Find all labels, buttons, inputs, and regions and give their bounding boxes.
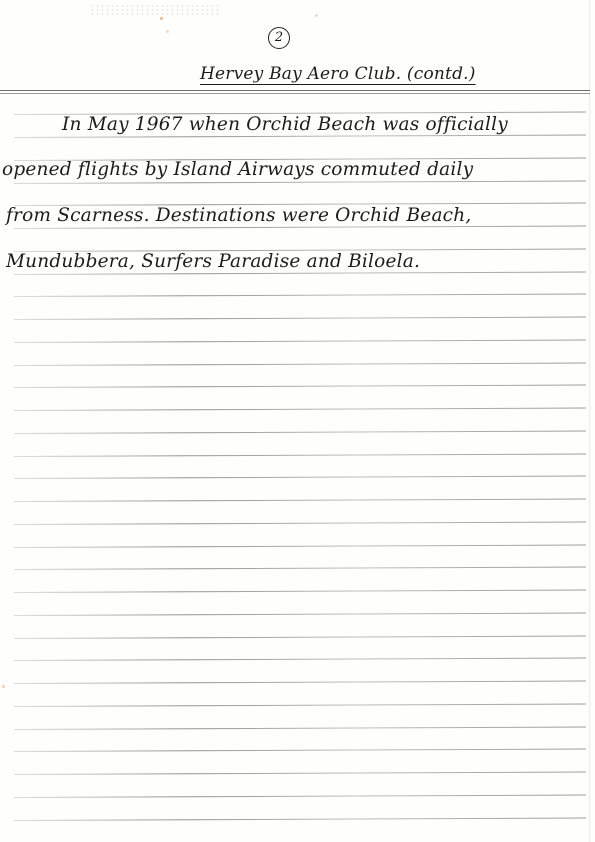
page-number: 2 — [268, 27, 290, 49]
ruled-line — [14, 522, 586, 525]
notebook-page: 2 Hervey Bay Aero Club. (contd.) In May … — [0, 0, 595, 842]
paper-stain — [315, 14, 318, 17]
header-rule — [0, 90, 590, 91]
ruled-line — [14, 181, 586, 184]
header-rule — [0, 93, 590, 94]
page-heading: Hervey Bay Aero Club. (contd.) — [200, 64, 476, 84]
ruled-line — [14, 317, 586, 320]
ruled-line — [14, 545, 586, 548]
paragraph-line: In May 1967 when Orchid Beach was offici… — [62, 114, 508, 135]
paper-specks — [90, 4, 220, 16]
ruled-line — [14, 681, 586, 684]
paragraph-line: opened flights by Island Airways commute… — [2, 159, 473, 180]
page-edge — [589, 0, 590, 842]
ruled-line — [14, 590, 586, 593]
ruled-line — [14, 385, 586, 388]
paper-stain — [160, 17, 163, 20]
ruled-line — [14, 567, 586, 570]
ruled-line — [14, 431, 586, 434]
ruled-line — [14, 704, 586, 707]
paper-stain — [2, 685, 5, 688]
ruled-line — [14, 772, 586, 775]
ruled-line — [14, 818, 586, 821]
ruled-line — [14, 226, 586, 229]
ruled-line — [14, 340, 586, 343]
paragraph-line: Mundubbera, Surfers Paradise and Biloela… — [6, 251, 420, 272]
ruled-line — [14, 727, 586, 730]
ruled-line — [14, 476, 586, 479]
ruled-line — [14, 636, 586, 639]
ruled-line — [14, 749, 586, 752]
ruled-line — [14, 408, 586, 411]
ruled-line — [14, 795, 586, 798]
paper-stain — [166, 30, 169, 33]
ruled-line — [14, 454, 586, 457]
paragraph-line: from Scarness. Destinations were Orchid … — [6, 205, 471, 226]
ruled-line — [14, 499, 586, 502]
ruled-line — [14, 135, 586, 138]
ruled-line — [14, 613, 586, 616]
ruled-line — [14, 658, 586, 661]
ruled-line — [14, 363, 586, 366]
ruled-line — [14, 294, 586, 297]
ruled-line — [14, 272, 586, 275]
